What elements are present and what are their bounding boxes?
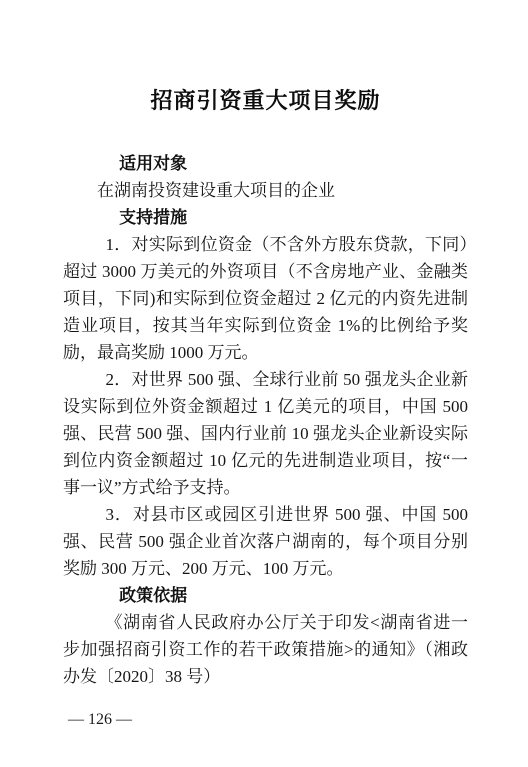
support-measure-item-2: 2．对世界 500 强、全球行业前 50 强龙头企业新设实际到位外资金额超过 1… bbox=[63, 366, 468, 501]
document-page: 招商引资重大项目奖励 适用对象 在湖南投资建设重大项目的企业 支持措施 1．对实… bbox=[0, 0, 528, 767]
page-number: — 126 — bbox=[63, 706, 468, 733]
support-measure-item-3: 3．对县市区或园区引进世界 500 强、中国 500 强、民营 500 强企业首… bbox=[63, 501, 468, 582]
policy-basis-text: 《湖南省人民政府办公厅关于印发<湖南省进一步加强招商引资工作的若干政策措施>的通… bbox=[63, 609, 468, 690]
document-title: 招商引资重大项目奖励 bbox=[63, 86, 468, 116]
support-measure-item-1: 1．对实际到位资金（不含外方股东贷款，下同）超过 3000 万美元的外资项目（不… bbox=[63, 231, 468, 366]
section-heading-policy-basis: 政策依据 bbox=[63, 582, 468, 609]
applicable-objects-text: 在湖南投资建设重大项目的企业 bbox=[63, 177, 468, 204]
section-heading-support-measures: 支持措施 bbox=[63, 204, 468, 231]
document-body: 适用对象 在湖南投资建设重大项目的企业 支持措施 1．对实际到位资金（不含外方股… bbox=[63, 150, 468, 690]
section-heading-applicable-objects: 适用对象 bbox=[63, 150, 468, 177]
